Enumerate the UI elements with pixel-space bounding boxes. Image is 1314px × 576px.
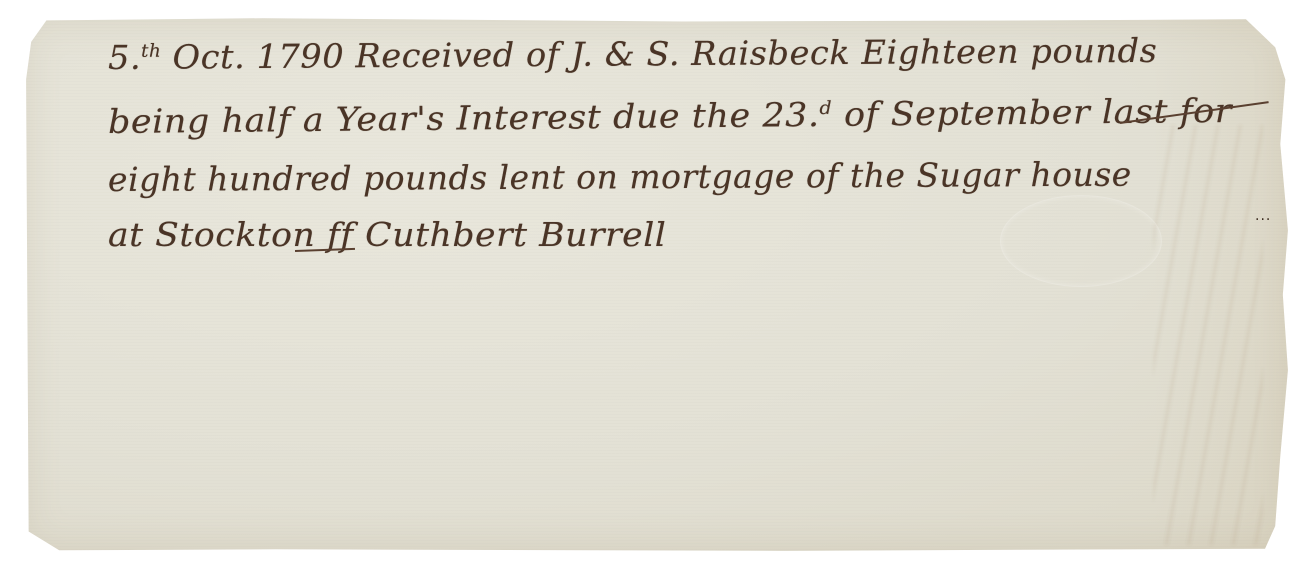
signature: ff Cuthbert Burrell	[315, 215, 666, 254]
receipt-line-1: 5.th Oct. 1790 Received of J. & S. Raisb…	[108, 31, 1158, 77]
receipt-line-4: at Stockton ff Cuthbert Burrell	[108, 215, 666, 254]
line-2-rest: of September last for	[832, 91, 1232, 134]
day-ordinal: d	[819, 98, 832, 119]
date-day: 5.	[108, 38, 141, 77]
receipt-line-3: eight hundred pounds lent on mortgage of…	[108, 155, 1132, 199]
line-2-text: being half a Year's Interest due the 23.	[108, 95, 820, 141]
date-ordinal: th	[141, 41, 161, 62]
ink-bleed-through	[1153, 125, 1263, 545]
trailing-mark: ...	[1255, 208, 1271, 224]
embossed-seal	[1000, 195, 1162, 287]
line-1-text: Oct. 1790 Received of J. & S. Raisbeck E…	[161, 31, 1157, 77]
document-viewer: 5.th Oct. 1790 Received of J. & S. Raisb…	[0, 0, 1314, 576]
line-4-text: at Stockton	[108, 215, 315, 254]
line-3-text: eight hundred pounds lent on mortgage of…	[108, 155, 1132, 199]
